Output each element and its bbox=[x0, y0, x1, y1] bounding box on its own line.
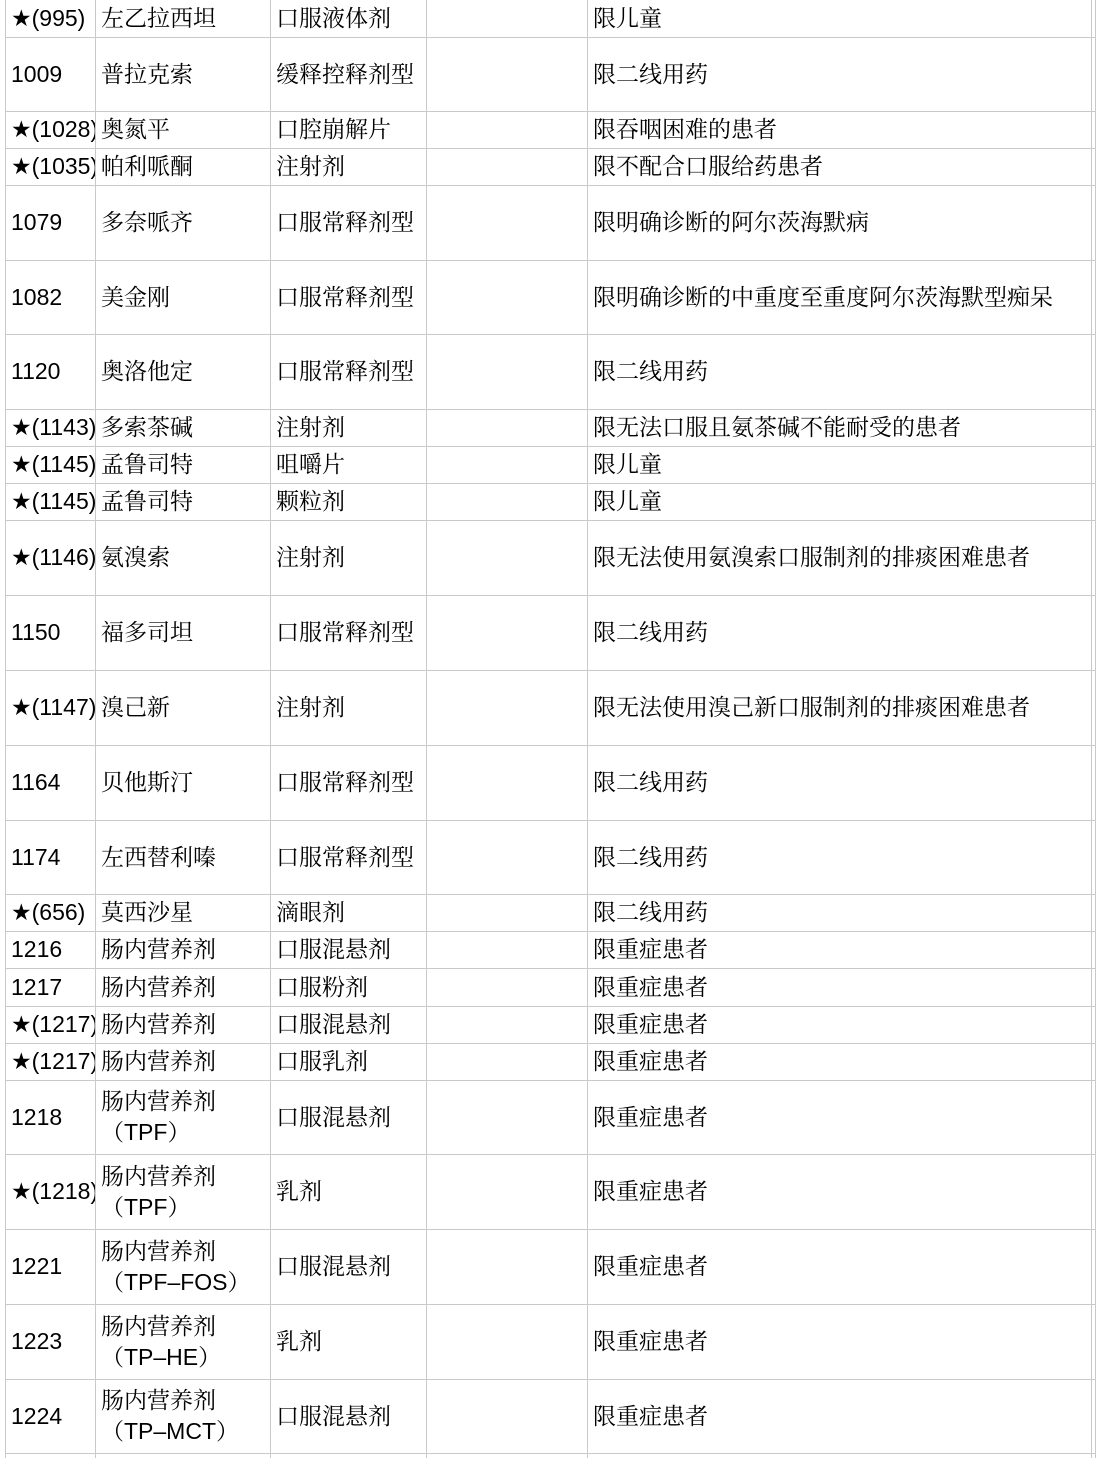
cell-dosage-form[interactable]: 口服液体剂 bbox=[271, 0, 427, 37]
cell-blank[interactable] bbox=[427, 0, 588, 37]
cell-edge[interactable] bbox=[1092, 1229, 1096, 1304]
cell-blank[interactable] bbox=[427, 1229, 588, 1304]
cell-restriction[interactable]: 限无法使用溴己新口服制剂的排痰困难患者 bbox=[588, 670, 1092, 745]
cell-code[interactable]: 1223 bbox=[6, 1304, 96, 1379]
table-row: 1223肠内营养剂 （TP–HE）乳剂限重症患者 bbox=[6, 1304, 1096, 1379]
cell-edge[interactable] bbox=[1092, 0, 1096, 37]
cell-edge[interactable] bbox=[1092, 1006, 1096, 1043]
cell-drug-name[interactable]: 左乙拉西坦 bbox=[96, 0, 271, 37]
cell-dosage-form[interactable] bbox=[271, 1453, 427, 1458]
cell-dosage-form[interactable]: 缓释控释剂型 bbox=[271, 37, 427, 111]
cell-dosage-form[interactable]: 口服常释剂型 bbox=[271, 334, 427, 409]
cell-blank[interactable] bbox=[427, 520, 588, 595]
cell-dosage-form[interactable]: 颗粒剂 bbox=[271, 483, 427, 520]
cell-blank[interactable] bbox=[427, 1006, 588, 1043]
cell-code[interactable]: ★(1145) bbox=[6, 483, 96, 520]
cell-drug-name[interactable]: 肠内营养剂 bbox=[96, 1043, 271, 1080]
table-row: 1218肠内营养剂 （TPF）口服混悬剂限重症患者 bbox=[6, 1080, 1096, 1154]
cell-code[interactable]: 1217 bbox=[6, 968, 96, 1006]
cell-drug-name[interactable]: 氨溴索 bbox=[96, 520, 271, 595]
cell-blank[interactable] bbox=[427, 931, 588, 968]
cell-blank[interactable] bbox=[427, 483, 588, 520]
table-row: 1221肠内营养剂 （TPF–FOS）口服混悬剂限重症患者 bbox=[6, 1229, 1096, 1304]
cell-dosage-form[interactable]: 口服常释剂型 bbox=[271, 185, 427, 260]
cell-drug-name[interactable]: 普拉克索 bbox=[96, 37, 271, 111]
cell-code[interactable]: ★(1028) bbox=[6, 111, 96, 148]
cell-drug-name[interactable]: 肠内营养剂 （TP–HE） bbox=[96, 1304, 271, 1379]
cell-dosage-form[interactable]: 口服混悬剂 bbox=[271, 1006, 427, 1043]
cell-blank[interactable] bbox=[427, 968, 588, 1006]
cell-dosage-form[interactable]: 口腔崩解片 bbox=[271, 111, 427, 148]
cell-edge[interactable] bbox=[1092, 334, 1096, 409]
cell-blank[interactable] bbox=[427, 1453, 588, 1458]
cell-restriction[interactable]: 限明确诊断的阿尔茨海默病 bbox=[588, 185, 1092, 260]
cell-edge[interactable] bbox=[1092, 745, 1096, 820]
cell-drug-name[interactable]: 溴己新 bbox=[96, 670, 271, 745]
table-row: 1174左西替利嗪口服常释剂型限二线用药 bbox=[6, 820, 1096, 894]
cell-blank[interactable] bbox=[427, 820, 588, 894]
cell-edge[interactable] bbox=[1092, 1379, 1096, 1453]
table-row: 1082美金刚口服常释剂型限明确诊断的中重度至重度阿尔茨海默型痴呆 bbox=[6, 260, 1096, 334]
cell-drug-name[interactable]: 肠内营养剂 （TPF） bbox=[96, 1080, 271, 1154]
cell-edge[interactable] bbox=[1092, 37, 1096, 111]
cell-edge[interactable] bbox=[1092, 1453, 1096, 1458]
cell-restriction[interactable]: 限重症患者 bbox=[588, 1229, 1092, 1304]
cell-restriction[interactable]: 限重症患者 bbox=[588, 1080, 1092, 1154]
table-row: ★(1028)奥氮平口腔崩解片限吞咽困难的患者 bbox=[6, 111, 1096, 148]
cell-restriction[interactable]: 限二线用药 bbox=[588, 820, 1092, 894]
cell-dosage-form[interactable]: 口服混悬剂 bbox=[271, 1379, 427, 1453]
table-row: ★(1143)多索茶碱注射剂限无法口服且氨茶碱不能耐受的患者 bbox=[6, 409, 1096, 446]
cell-restriction[interactable]: 限无法口服且氨茶碱不能耐受的患者 bbox=[588, 409, 1092, 446]
cell-edge[interactable] bbox=[1092, 260, 1096, 334]
cell-blank[interactable] bbox=[427, 1043, 588, 1080]
cell-drug-name[interactable]: 贝他斯汀 bbox=[96, 745, 271, 820]
cell-code[interactable]: 1224 bbox=[6, 1379, 96, 1453]
cell-dosage-form[interactable]: 注射剂 bbox=[271, 520, 427, 595]
cell-restriction[interactable]: 限明确诊断的中重度至重度阿尔茨海默型痴呆 bbox=[588, 260, 1092, 334]
cell-dosage-form[interactable]: 口服粉剂 bbox=[271, 968, 427, 1006]
cell-edge[interactable] bbox=[1092, 446, 1096, 483]
cell-dosage-form[interactable]: 口服常释剂型 bbox=[271, 595, 427, 670]
table-row: ★(1146)氨溴索注射剂限无法使用氨溴索口服制剂的排痰困难患者 bbox=[6, 520, 1096, 595]
table-row: ★(1145)孟鲁司特颗粒剂限儿童 bbox=[6, 483, 1096, 520]
cell-code[interactable]: ★(1145) bbox=[6, 446, 96, 483]
table-row: ★(656)莫西沙星滴眼剂限二线用药 bbox=[6, 894, 1096, 931]
cell-restriction[interactable]: 限重症患者 bbox=[588, 1006, 1092, 1043]
cell-edge[interactable] bbox=[1092, 483, 1096, 520]
cell-blank[interactable] bbox=[427, 1379, 588, 1453]
cell-blank[interactable] bbox=[427, 148, 588, 185]
cell-edge[interactable] bbox=[1092, 1043, 1096, 1080]
cell-blank[interactable] bbox=[427, 1154, 588, 1229]
cell-restriction[interactable]: 限不配合口服给药患者 bbox=[588, 148, 1092, 185]
cell-code[interactable]: ★(1035) bbox=[6, 148, 96, 185]
cell-dosage-form[interactable]: 口服常释剂型 bbox=[271, 820, 427, 894]
cell-blank[interactable] bbox=[427, 1080, 588, 1154]
cell-code[interactable]: ★(1217) bbox=[6, 1006, 96, 1043]
cell-code[interactable]: 1164 bbox=[6, 745, 96, 820]
table-row: 1009普拉克索缓释控释剂型限二线用药 bbox=[6, 37, 1096, 111]
cell-dosage-form[interactable]: 乳剂 bbox=[271, 1304, 427, 1379]
table-row: ★(1218)肠内营养剂 （TPF）乳剂限重症患者 bbox=[6, 1154, 1096, 1229]
cell-edge[interactable] bbox=[1092, 520, 1096, 595]
cell-code[interactable]: ★(1143) bbox=[6, 409, 96, 446]
cell-dosage-form[interactable]: 咀嚼片 bbox=[271, 446, 427, 483]
table-row: ★(1035)帕利哌酮注射剂限不配合口服给药患者 bbox=[6, 148, 1096, 185]
cell-edge[interactable] bbox=[1092, 111, 1096, 148]
cell-restriction[interactable]: 限二线用药 bbox=[588, 334, 1092, 409]
cell-blank[interactable] bbox=[427, 409, 588, 446]
cell-edge[interactable] bbox=[1092, 820, 1096, 894]
drug-restriction-table: ★(995)左乙拉西坦口服液体剂限儿童 1009普拉克索缓释控释剂型限二线用药 … bbox=[5, 0, 1096, 1458]
cell-blank[interactable] bbox=[427, 111, 588, 148]
cell-dosage-form[interactable]: 乳剂 bbox=[271, 1154, 427, 1229]
cell-code[interactable]: 1079 bbox=[6, 185, 96, 260]
cell-blank[interactable] bbox=[427, 894, 588, 931]
cell-blank[interactable] bbox=[427, 670, 588, 745]
cell-drug-name[interactable]: 帕利哌酮 bbox=[96, 148, 271, 185]
cell-drug-name[interactable]: 肠内营养剂 bbox=[96, 931, 271, 968]
cell-drug-name[interactable] bbox=[96, 1453, 271, 1458]
table-row: ★(1145)孟鲁司特咀嚼片限儿童 bbox=[6, 446, 1096, 483]
cell-drug-name[interactable]: 肠内营养剂 bbox=[96, 1006, 271, 1043]
cell-restriction[interactable]: 限二线用药 bbox=[588, 894, 1092, 931]
cell-restriction[interactable] bbox=[588, 1453, 1092, 1458]
cell-edge[interactable] bbox=[1092, 595, 1096, 670]
cell-code[interactable]: ★(1146) bbox=[6, 520, 96, 595]
table-row: 1216肠内营养剂口服混悬剂限重症患者 bbox=[6, 931, 1096, 968]
cell-dosage-form[interactable]: 口服常释剂型 bbox=[271, 745, 427, 820]
cell-blank[interactable] bbox=[427, 446, 588, 483]
cell-code[interactable]: ★(1147) bbox=[6, 670, 96, 745]
cell-blank[interactable] bbox=[427, 334, 588, 409]
cell-restriction[interactable]: 限重症患者 bbox=[588, 1379, 1092, 1453]
cell-code[interactable]: 1082 bbox=[6, 260, 96, 334]
cell-blank[interactable] bbox=[427, 260, 588, 334]
table-row: ★(1147)溴己新注射剂限无法使用溴己新口服制剂的排痰困难患者 bbox=[6, 670, 1096, 745]
cell-drug-name[interactable]: 肠内营养剂 （TP–MCT） bbox=[96, 1379, 271, 1453]
cell-code[interactable]: ★(995) bbox=[6, 0, 96, 37]
cell-code[interactable]: ★(1217) bbox=[6, 1043, 96, 1080]
cell-drug-name[interactable]: 孟鲁司特 bbox=[96, 446, 271, 483]
cell-restriction[interactable]: 限重症患者 bbox=[588, 931, 1092, 968]
cell-dosage-form[interactable]: 口服混悬剂 bbox=[271, 1080, 427, 1154]
cell-restriction[interactable]: 限儿童 bbox=[588, 483, 1092, 520]
cell-restriction[interactable]: 限重症患者 bbox=[588, 1154, 1092, 1229]
table-row: 1224肠内营养剂 （TP–MCT）口服混悬剂限重症患者 bbox=[6, 1379, 1096, 1453]
cell-restriction[interactable]: 限二线用药 bbox=[588, 37, 1092, 111]
cell-edge[interactable] bbox=[1092, 185, 1096, 260]
cell-edge[interactable] bbox=[1092, 1080, 1096, 1154]
cell-blank[interactable] bbox=[427, 1304, 588, 1379]
cell-dosage-form[interactable]: 注射剂 bbox=[271, 409, 427, 446]
cell-drug-name[interactable]: 奥氮平 bbox=[96, 111, 271, 148]
cell-code[interactable]: 1009 bbox=[6, 37, 96, 111]
cell-blank[interactable] bbox=[427, 595, 588, 670]
table-row: 1079多奈哌齐口服常释剂型限明确诊断的阿尔茨海默病 bbox=[6, 185, 1096, 260]
table-row: ★(1217)肠内营养剂口服乳剂限重症患者 bbox=[6, 1043, 1096, 1080]
cell-code[interactable]: 1221 bbox=[6, 1229, 96, 1304]
cell-blank[interactable] bbox=[427, 37, 588, 111]
cell-edge[interactable] bbox=[1092, 409, 1096, 446]
cell-restriction[interactable]: 限儿童 bbox=[588, 0, 1092, 37]
cell-code[interactable]: 1150 bbox=[6, 595, 96, 670]
cell-drug-name[interactable]: 肠内营养剂 （TPF） bbox=[96, 1154, 271, 1229]
cell-restriction[interactable]: 限二线用药 bbox=[588, 595, 1092, 670]
cell-code[interactable]: 1174 bbox=[6, 820, 96, 894]
table-row: 1164贝他斯汀口服常释剂型限二线用药 bbox=[6, 745, 1096, 820]
cell-code[interactable]: ★(656) bbox=[6, 894, 96, 931]
cell-drug-name[interactable]: 肠内营养剂 bbox=[96, 968, 271, 1006]
cell-restriction[interactable]: 限重症患者 bbox=[588, 968, 1092, 1006]
cell-drug-name[interactable]: 奥洛他定 bbox=[96, 334, 271, 409]
cell-dosage-form[interactable]: 口服混悬剂 bbox=[271, 931, 427, 968]
cell-restriction[interactable]: 限重症患者 bbox=[588, 1043, 1092, 1080]
cell-code[interactable] bbox=[6, 1453, 96, 1458]
cell-code[interactable]: 1216 bbox=[6, 931, 96, 968]
cell-dosage-form[interactable]: 注射剂 bbox=[271, 148, 427, 185]
cell-drug-name[interactable]: 肠内营养剂 （TPF–FOS） bbox=[96, 1229, 271, 1304]
cell-edge[interactable] bbox=[1092, 894, 1096, 931]
cell-drug-name[interactable]: 孟鲁司特 bbox=[96, 483, 271, 520]
cell-code[interactable]: 1120 bbox=[6, 334, 96, 409]
cell-drug-name[interactable]: 莫西沙星 bbox=[96, 894, 271, 931]
cell-restriction[interactable]: 限无法使用氨溴索口服制剂的排痰困难患者 bbox=[588, 520, 1092, 595]
cell-blank[interactable] bbox=[427, 745, 588, 820]
cell-dosage-form[interactable]: 口服常释剂型 bbox=[271, 260, 427, 334]
cell-dosage-form[interactable]: 滴眼剂 bbox=[271, 894, 427, 931]
cell-dosage-form[interactable]: 注射剂 bbox=[271, 670, 427, 745]
table-row: 1217肠内营养剂口服粉剂限重症患者 bbox=[6, 968, 1096, 1006]
cell-drug-name[interactable]: 多索茶碱 bbox=[96, 409, 271, 446]
cell-edge[interactable] bbox=[1092, 1304, 1096, 1379]
cell-restriction[interactable]: 限重症患者 bbox=[588, 1304, 1092, 1379]
table-row: ★(995)左乙拉西坦口服液体剂限儿童 bbox=[6, 0, 1096, 37]
table-row: ★(1217)肠内营养剂口服混悬剂限重症患者 bbox=[6, 1006, 1096, 1043]
cell-edge[interactable] bbox=[1092, 931, 1096, 968]
cell-drug-name[interactable]: 左西替利嗪 bbox=[96, 820, 271, 894]
cell-dosage-form[interactable]: 口服乳剂 bbox=[271, 1043, 427, 1080]
cell-drug-name[interactable]: 多奈哌齐 bbox=[96, 185, 271, 260]
cell-edge[interactable] bbox=[1092, 148, 1096, 185]
cell-edge[interactable] bbox=[1092, 1154, 1096, 1229]
cell-restriction[interactable]: 限儿童 bbox=[588, 446, 1092, 483]
cell-blank[interactable] bbox=[427, 185, 588, 260]
cell-drug-name[interactable]: 福多司坦 bbox=[96, 595, 271, 670]
cell-drug-name[interactable]: 美金刚 bbox=[96, 260, 271, 334]
cell-code[interactable]: 1218 bbox=[6, 1080, 96, 1154]
table-row: 1120奥洛他定口服常释剂型限二线用药 bbox=[6, 334, 1096, 409]
cell-edge[interactable] bbox=[1092, 670, 1096, 745]
table-row-partial bbox=[6, 1453, 1096, 1458]
cell-restriction[interactable]: 限吞咽困难的患者 bbox=[588, 111, 1092, 148]
cell-code[interactable]: ★(1218) bbox=[6, 1154, 96, 1229]
cell-dosage-form[interactable]: 口服混悬剂 bbox=[271, 1229, 427, 1304]
cell-edge[interactable] bbox=[1092, 968, 1096, 1006]
cell-restriction[interactable]: 限二线用药 bbox=[588, 745, 1092, 820]
table-row: 1150福多司坦口服常释剂型限二线用药 bbox=[6, 595, 1096, 670]
